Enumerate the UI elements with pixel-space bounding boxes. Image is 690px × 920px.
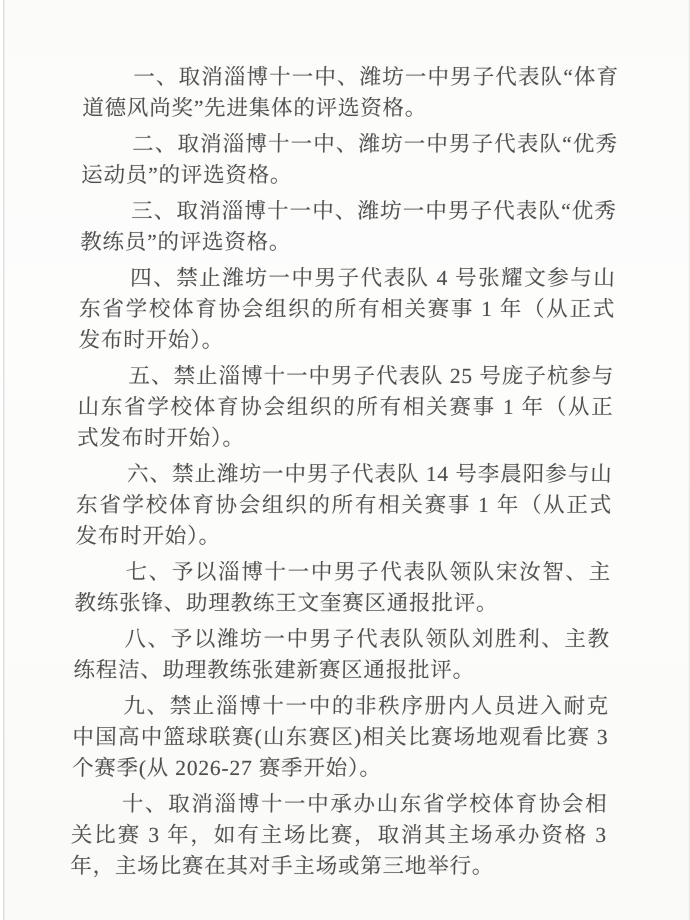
- notice-item-1: 一、取消淄博十一中、潍坊一中男子代表队“体育道德风尚奖”先进集体的评选资格。: [82, 62, 619, 124]
- notice-item-4: 四、禁止潍坊一中男子代表队 4 号张耀文参与山东省学校体育协会组织的所有相关赛事…: [78, 263, 615, 356]
- notice-item-9: 九、禁止淄博十一中的非秩序册内人员进入耐克中国高中篮球联赛(山东赛区)相关比赛场…: [72, 691, 609, 784]
- notice-text-block: 一、取消淄博十一中、潍坊一中男子代表队“体育道德风尚奖”先进集体的评选资格。 二…: [0, 0, 690, 887]
- notice-item-8: 八、予以潍坊一中男子代表队领队刘胜利、主教练程洁、助理教练张建新赛区通报批评。: [73, 624, 610, 686]
- notice-item-6: 六、禁止潍坊一中男子代表队 14 号李晨阳参与山东省学校体育协会组织的所有相关赛…: [75, 459, 612, 552]
- notice-item-5: 五、禁止淄博十一中男子代表队 25 号庞子杭参与山东省学校体育协会组织的所有相关…: [77, 361, 614, 454]
- notice-item-3: 三、取消淄博十一中、潍坊一中男子代表队“优秀教练员”的评选资格。: [80, 196, 617, 258]
- notice-item-7: 七、予以淄博十一中男子代表队领队宋汝智、主教练张锋、助理教练王文奎赛区通报批评。: [74, 557, 611, 619]
- notice-item-10: 十、取消淄博十一中承办山东省学校体育协会相关比赛 3 年，如有主场比赛，取消其主…: [70, 789, 607, 882]
- document-photo-page: 一、取消淄博十一中、潍坊一中男子代表队“体育道德风尚奖”先进集体的评选资格。 二…: [0, 0, 690, 920]
- notice-item-2: 二、取消淄博十一中、潍坊一中男子代表队“优秀运动员”的评选资格。: [81, 129, 618, 191]
